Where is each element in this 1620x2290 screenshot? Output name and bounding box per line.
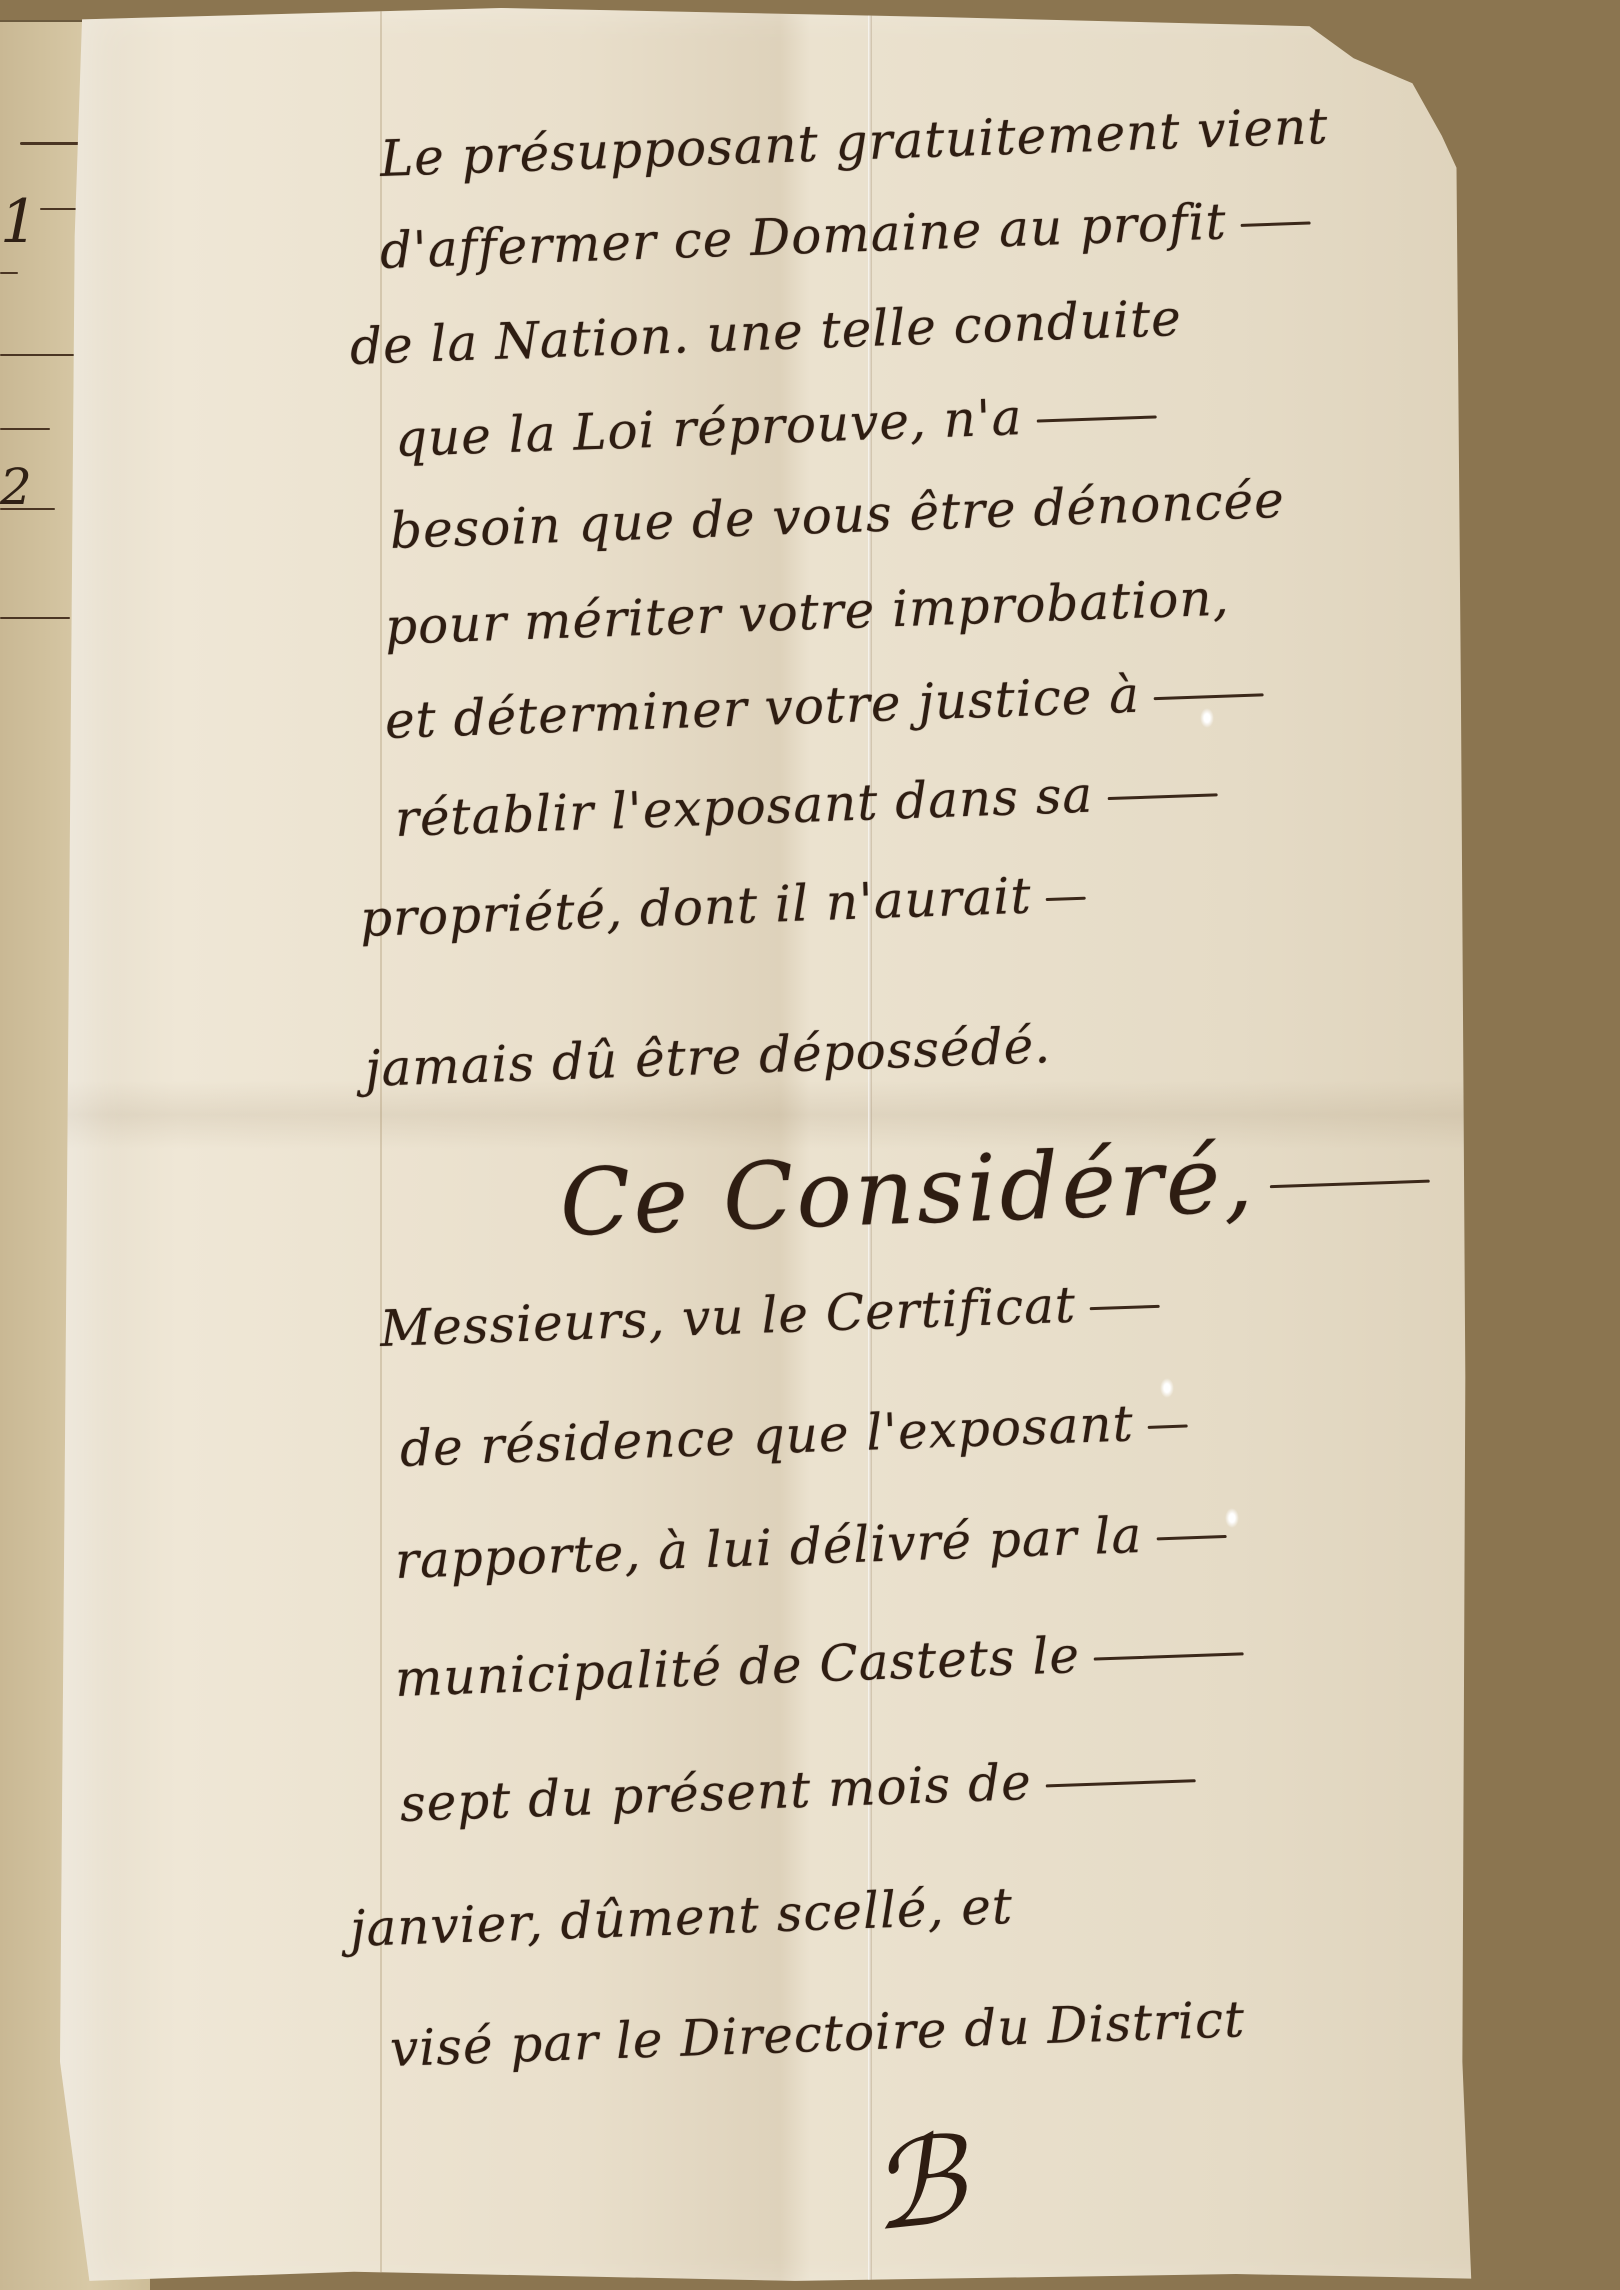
line-filler-stroke bbox=[1154, 693, 1264, 700]
ink-stroke bbox=[0, 428, 50, 430]
paraph-flourish-icon: ℬ bbox=[863, 2110, 971, 2258]
line-filler-stroke bbox=[1107, 793, 1217, 800]
paper-hole bbox=[1225, 1508, 1239, 1528]
line-filler-stroke bbox=[1046, 1779, 1196, 1787]
line-filler-stroke bbox=[1270, 1179, 1430, 1188]
line-filler-stroke bbox=[1241, 221, 1311, 226]
line-filler-stroke bbox=[1046, 896, 1086, 900]
line-filler-stroke bbox=[1036, 415, 1156, 422]
ink-stroke bbox=[0, 272, 18, 274]
left-page-fragment: 1 bbox=[0, 192, 38, 252]
line-filler-stroke bbox=[1094, 1652, 1244, 1660]
line-filler-stroke bbox=[1148, 1424, 1188, 1428]
line-filler-stroke bbox=[1090, 1304, 1160, 1309]
ink-stroke bbox=[0, 508, 55, 510]
left-page-fragment: 2 bbox=[0, 462, 32, 512]
line-filler-stroke bbox=[1156, 1534, 1226, 1539]
ink-stroke bbox=[0, 617, 70, 619]
